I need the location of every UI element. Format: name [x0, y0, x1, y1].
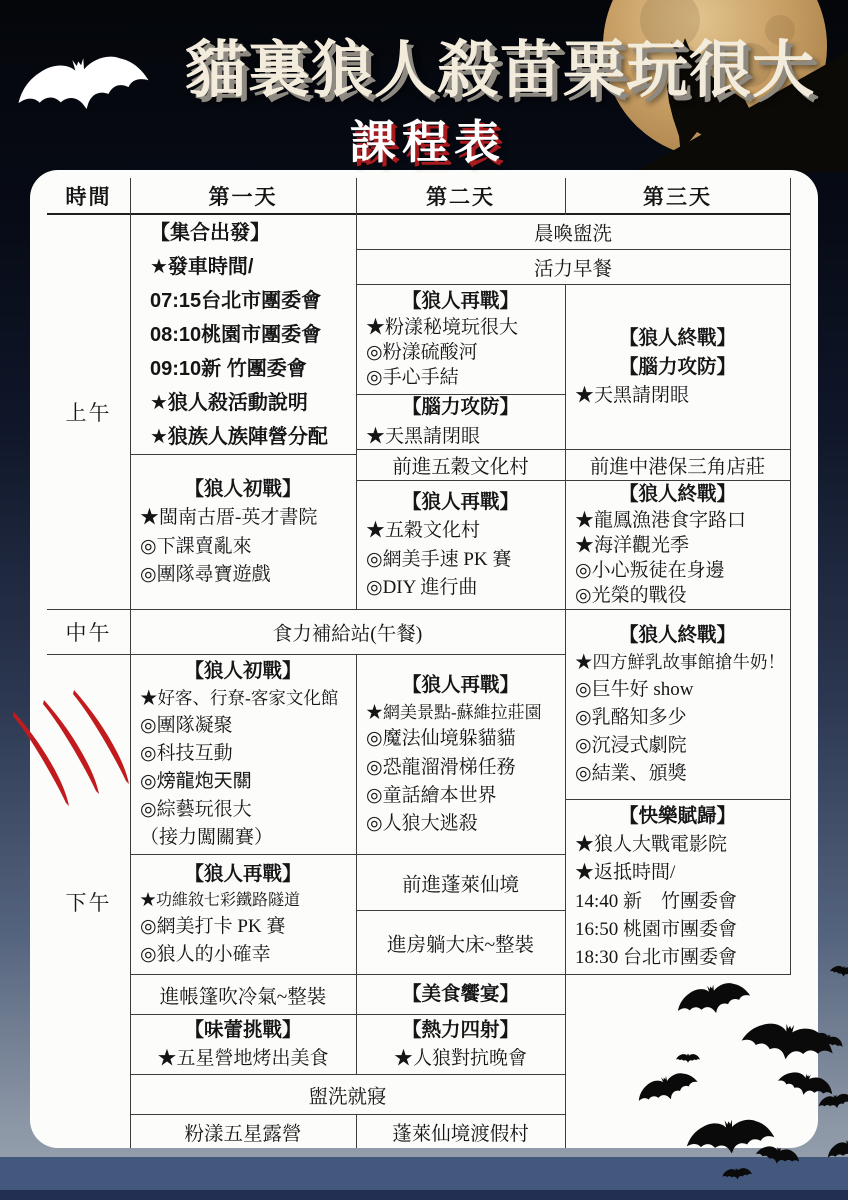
cell-line: ★狼族人族陣營分配	[150, 420, 356, 454]
header-cell-time: 時間	[47, 178, 130, 215]
cell-day2-go-penglai: 前進蓬萊仙境	[356, 855, 565, 911]
cell-line: ★五穀文化村	[366, 517, 565, 545]
cell-line: （接力闖關賽）	[140, 824, 356, 852]
time-label-morning: 上午	[47, 215, 130, 610]
cell-line: ◎結業、頒獎	[575, 760, 790, 788]
table-divider	[790, 178, 791, 975]
bat-icon	[721, 1165, 752, 1183]
cell-wake: 晨喚盥洗	[356, 215, 790, 250]
cell-line: ★四方鮮乳故事館搶牛奶！	[575, 650, 790, 676]
cell-line: ◎DIY 進行曲	[366, 574, 565, 602]
cell-day1-tent: 進帳篷吹冷氣~整裝	[130, 975, 356, 1015]
cell-line: ★天黑請閉眼	[575, 382, 790, 410]
cell-day2-brain-battle: 【腦力攻防】 ★天黑請閉眼	[356, 395, 565, 450]
cell-line: ★天黑請閉眼	[366, 423, 565, 451]
cell-day1-first-battle-pm: 【狼人初戰】 ★好客、行尞-客家文化館◎團隊凝聚◎科技互動◎𪹚龍炮天關◎綜藝玩很…	[130, 655, 356, 855]
cell-day2-night-party: 【熱力四射】 ★人狼對抗晚會	[356, 1015, 565, 1075]
cell-line: ★粉漾秘境玩很大	[366, 315, 565, 340]
cell-line: ◎乳酪知多少	[575, 704, 790, 732]
cell-line: ★發車時間/	[150, 250, 356, 284]
cell-day1-stay: 粉漾五星露營	[130, 1115, 356, 1148]
cell-line: ★閩南古厝-英才書院	[140, 504, 356, 532]
cell-lines: 【集合出發】★發車時間/07:15台北市團委會08:10桃園市團委會09:10新…	[130, 216, 356, 454]
table-divider	[565, 285, 566, 1148]
cell-day2-stay: 蓬萊仙境渡假村	[356, 1115, 565, 1148]
cell-line: ★網美景點-蘇維拉莊園	[366, 700, 565, 725]
red-claw-scratches-icon	[8, 686, 140, 818]
cell-line: 16:50 桃園市團委會	[575, 916, 790, 944]
cell-day2-first-battle-am: 【狼人再戰】 ★粉漾秘境玩很大◎粉漾硫酸河◎手心手結	[356, 285, 565, 395]
cell-line: ◎綜藝玩很大	[140, 796, 356, 824]
cell-line: ◎人狼大逃殺	[366, 810, 565, 838]
bottom-strip	[0, 1190, 848, 1200]
cell-line: 09:10新 竹團委會	[150, 352, 356, 386]
header-cell-day2: 第二天	[356, 178, 565, 215]
cell-line: ★好客、行尞-客家文化館	[140, 686, 356, 712]
cell-day2-battle-pm: 【狼人再戰】 ★網美景點-蘇維拉莊園◎魔法仙境躲貓貓◎恐龍溜滑梯任務◎童話繪本世…	[356, 655, 565, 855]
cell-day1-taste-challenge: 【味蕾挑戰】 ★五星營地烤出美食	[130, 1015, 356, 1075]
cell-lunch: 食力補給站(午餐)	[130, 610, 565, 655]
table-divider	[356, 655, 357, 1075]
cell-line: 14:40 新 竹團委會	[575, 888, 790, 916]
cell-line: ◎巨牛好 show	[575, 676, 790, 704]
cell-line: ◎沉浸式劇院	[575, 732, 790, 760]
cell-line: 18:30 台北市團委會	[575, 944, 790, 972]
table-divider	[356, 178, 357, 610]
table-divider	[356, 1115, 357, 1148]
cell-line: ★功維敘七彩鐵路隧道	[140, 889, 356, 913]
cell-line: ◎團隊凝聚	[140, 712, 356, 740]
cell-line: ★人狼對抗晚會	[356, 1045, 565, 1073]
cell-line: ★海洋觀光季	[575, 533, 790, 558]
cell-day3-return: 【快樂賦歸】 ★狼人大戰電影院★返抵時間/14:40 新 竹團委會16:50 桃…	[565, 800, 790, 975]
cell-line: ★狼人大戰電影院	[575, 831, 790, 859]
bat-icon	[676, 1052, 700, 1064]
cell-day2-feast: 【美食饗宴】	[356, 975, 565, 1015]
cell-day1-depart: 【集合出發】★發車時間/07:15台北市團委會08:10桃園市團委會09:10新…	[130, 215, 356, 455]
cell-line: ◎小心叛徒在身邊	[575, 558, 790, 583]
cell-day3-harbor-battle: 【狼人終戰】 ★龍鳳漁港食字路口★海洋觀光季◎小心叛徒在身邊◎光榮的戰役	[565, 481, 790, 610]
cell-day3-go-zhonggang: 前進中港保三角店莊	[565, 450, 790, 481]
cell-line: ◎下課賣亂來	[140, 533, 356, 561]
cell-day2-go-wugu: 前進五穀文化村	[356, 450, 565, 481]
cell-line: 07:15台北市團委會	[150, 284, 356, 318]
cell-line: ◎粉漾硫酸河	[366, 340, 565, 365]
cell-line: ◎魔法仙境躲貓貓	[366, 725, 565, 753]
table-divider	[130, 178, 131, 1148]
cell-day1-second-battle-pm: 【狼人再戰】 ★功維敘七彩鐵路隧道◎網美打卡 PK 賽◎狼人的小確幸	[130, 855, 356, 975]
cell-line: ◎恐龍溜滑梯任務	[366, 754, 565, 782]
cell-line: ◎網美手速 PK 賽	[366, 546, 565, 574]
poster-title: 貓裏狼人殺苗栗玩很大	[160, 20, 840, 112]
cell-line: ★返抵時間/	[575, 859, 790, 887]
header-cell-day3: 第三天	[565, 178, 790, 215]
table-divider	[565, 178, 566, 215]
bat-icon	[829, 963, 848, 980]
cell-line: ◎光榮的戰役	[575, 583, 790, 608]
cell-line: ★五星營地烤出美食	[130, 1045, 356, 1073]
cell-line: ◎手心手結	[366, 365, 565, 390]
header-cell-day1: 第一天	[130, 178, 356, 215]
cell-day1-first-battle-am: 【狼人初戰】 ★閩南古厝-英才書院◎下課賣亂來◎團隊尋寶遊戲	[130, 455, 356, 610]
cell-line: ◎童話繪本世界	[366, 782, 565, 810]
cell-line: ◎狼人的小確幸	[140, 941, 356, 969]
cell-line: ◎團隊尋寶遊戲	[140, 561, 356, 589]
cell-wash-sleep: 盥洗就寢	[130, 1075, 565, 1115]
cell-day3-final-battle-am: 【狼人終戰】 【腦力攻防】 ★天黑請閉眼	[565, 285, 790, 450]
cell-day2-second-battle-am: 【狼人再戰】 ★五穀文化村◎網美手速 PK 賽◎DIY 進行曲	[356, 481, 565, 610]
cell-line: 08:10桃園市團委會	[150, 318, 356, 352]
time-label-noon: 中午	[47, 610, 130, 655]
poster-subtitle: 課程表	[104, 106, 752, 172]
cell-line: ◎𪹚龍炮天關	[140, 768, 356, 796]
cell-day3-milk-battle: 【狼人終戰】 ★四方鮮乳故事館搶牛奶！◎巨牛好 show◎乳酪知多少◎沉浸式劇院…	[565, 610, 790, 800]
cell-line: ★龍鳳漁港食字路口	[575, 508, 790, 533]
cell-line: ◎網美打卡 PK 賽	[140, 913, 356, 941]
cell-day2-bed: 進房躺大床~整裝	[356, 911, 565, 975]
cell-breakfast: 活力早餐	[356, 250, 790, 285]
cell-line: ◎科技互動	[140, 740, 356, 768]
cell-line: ★狼人殺活動說明	[150, 386, 356, 420]
cell-line: 【集合出發】	[150, 216, 356, 250]
poster-page: 貓裏狼人殺苗栗玩很大 課程表 時間 第一天 第二天 第三天 上午 中午 下午 【…	[0, 0, 848, 1200]
